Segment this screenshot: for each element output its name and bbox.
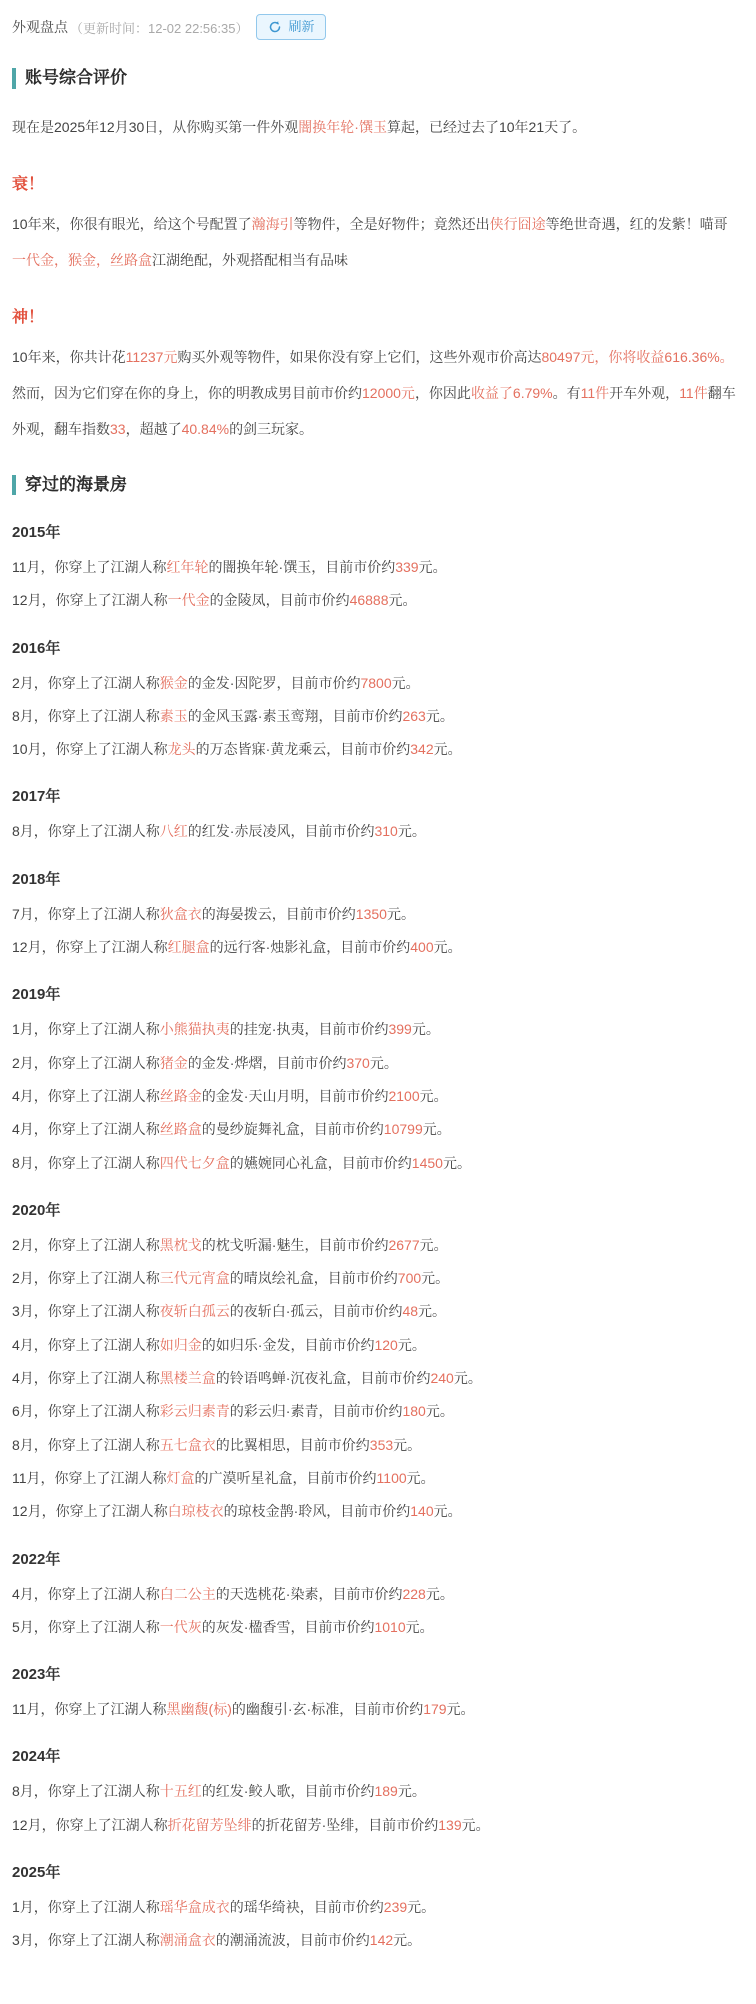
emphasis-text: 潮涌盒衣 bbox=[160, 1932, 216, 1948]
wear-record: 2月，你穿上了江湖人称猪金的金发·烨熠，目前市价约370元。 bbox=[12, 1053, 740, 1073]
emphasis-text: 五七盒衣 bbox=[160, 1437, 216, 1453]
year-group: 2018年7月，你穿上了江湖人称狄盒衣的海晏拨云，目前市价约1350元。12月，… bbox=[12, 868, 740, 958]
emphasis-text: 四代七夕盒 bbox=[160, 1155, 230, 1171]
wear-record: 4月，你穿上了江湖人称黑楼兰盒的铃语鸣蝉·沉夜礼盒，目前市价约240元。 bbox=[12, 1368, 740, 1388]
emphasis-text: 一代金，猴金，丝路盒 bbox=[12, 252, 152, 268]
plain-text: 现在是2025年12月30日，从你购买第一件外观 bbox=[12, 119, 298, 135]
plain-text: 江湖绝配，外观搭配相当有品味 bbox=[152, 252, 348, 268]
plain-text: 10月，你穿上了江湖人称 bbox=[12, 741, 168, 757]
emphasis-text: 折花留芳坠绯 bbox=[168, 1817, 252, 1833]
decline-paragraph: 10年来，你很有眼光，给这个号配置了瀚海引等物件，全是好物件；竟然还出侠行囧途等… bbox=[12, 206, 740, 278]
plain-text: 元。 bbox=[426, 1403, 454, 1419]
wear-record: 12月，你穿上了江湖人称白琼枝衣的琼枝金鹊·聆风，目前市价约140元。 bbox=[12, 1501, 740, 1521]
plain-text: 的红发·赤辰凌风，目前市价约 bbox=[188, 823, 375, 839]
emphasis-text: 2100 bbox=[388, 1088, 419, 1104]
plain-text: 11月，你穿上了江湖人称 bbox=[12, 559, 167, 575]
plain-text: 元。 bbox=[421, 1270, 449, 1286]
plain-text: 的幽馥引·玄·标准，目前市价约 bbox=[232, 1701, 423, 1717]
emphasis-text: 八红 bbox=[160, 823, 188, 839]
plain-text: 的折花留芳·坠绯，目前市价约 bbox=[252, 1817, 439, 1833]
emphasis-text: 140 bbox=[410, 1503, 433, 1519]
plain-text: 的铃语鸣蝉·沉夜礼盒，目前市价约 bbox=[216, 1370, 431, 1386]
emphasis-text: 黑幽馥(标) bbox=[167, 1701, 232, 1717]
emphasis-text: 700 bbox=[398, 1270, 421, 1286]
emphasis-text: 灯盒 bbox=[167, 1470, 195, 1486]
plain-text: 。有 bbox=[553, 385, 581, 401]
wear-record: 3月，你穿上了江湖人称潮涌盒衣的潮涌流波，目前市价约142元。 bbox=[12, 1930, 740, 1950]
emphasis-text: 80497元，你将收益616.36%。 bbox=[541, 349, 733, 365]
plain-text: 算起，已经过去了10年21天了。 bbox=[387, 119, 586, 135]
plain-text: 8月，你穿上了江湖人称 bbox=[12, 1783, 160, 1799]
plain-text: 10年来，你共计花 bbox=[12, 349, 126, 365]
emphasis-text: 1100 bbox=[377, 1470, 407, 1486]
wear-record: 12月，你穿上了江湖人称折花留芳坠绯的折花留芳·坠绯，目前市价约139元。 bbox=[12, 1815, 740, 1835]
plain-text: 的挂宠·执夷，目前市价约 bbox=[230, 1021, 389, 1037]
plain-text: 5月，你穿上了江湖人称 bbox=[12, 1619, 160, 1635]
wear-record: 12月，你穿上了江湖人称一代金的金陵凤，目前市价约46888元。 bbox=[12, 590, 740, 610]
wear-record: 11月，你穿上了江湖人称灯盒的广漠听星礼盒，目前市价约1100元。 bbox=[12, 1468, 740, 1488]
plain-text: 的金风玉露·素玉鸾翔，目前市价约 bbox=[188, 708, 403, 724]
year-group: 2019年1月，你穿上了江湖人称小熊猫执夷的挂宠·执夷，目前市价约399元。2月… bbox=[12, 983, 740, 1172]
wear-record: 10月，你穿上了江湖人称龙头的万态皆寐·黄龙乘云，目前市价约342元。 bbox=[12, 739, 740, 759]
plain-text: 3月，你穿上了江湖人称 bbox=[12, 1303, 160, 1319]
emphasis-text: 黑枕戈 bbox=[160, 1237, 202, 1253]
plain-text: 元。 bbox=[423, 1121, 451, 1137]
wear-record: 7月，你穿上了江湖人称狄盒衣的海晏拨云，目前市价约1350元。 bbox=[12, 904, 740, 924]
plain-text: 2月，你穿上了江湖人称 bbox=[12, 1270, 160, 1286]
emphasis-text: 179 bbox=[423, 1701, 446, 1717]
emphasis-text: 310 bbox=[374, 823, 397, 839]
plain-text: 的比翼相思，目前市价约 bbox=[216, 1437, 370, 1453]
emphasis-text: 丝路盒 bbox=[160, 1121, 202, 1137]
year-heading: 2016年 bbox=[12, 637, 740, 658]
plain-text: 元。 bbox=[398, 1337, 426, 1353]
plain-text: 元。 bbox=[420, 1237, 448, 1253]
plain-text: 元。 bbox=[447, 1701, 475, 1717]
plain-text: 元。 bbox=[412, 1021, 440, 1037]
emphasis-text: 263 bbox=[402, 708, 425, 724]
plain-text: 的嬿婉同心礼盒，目前市价约 bbox=[230, 1155, 412, 1171]
plain-text: 购买外观等物件，如果你没有穿上它们，这些外观市价高达 bbox=[177, 349, 541, 365]
update-time: （更新时间：12-02 22:56:35） bbox=[70, 18, 248, 37]
refresh-button[interactable]: 刷新 bbox=[256, 14, 326, 40]
emphasis-text: 一代灰 bbox=[160, 1619, 202, 1635]
plain-text: 3月，你穿上了江湖人称 bbox=[12, 1932, 160, 1948]
wear-record: 2月，你穿上了江湖人称三代元宵盒的晴岚绘礼盒，目前市价约700元。 bbox=[12, 1268, 740, 1288]
plain-text: 的金陵凤，目前市价约 bbox=[210, 592, 350, 608]
plain-text: 元。 bbox=[398, 1783, 426, 1799]
wear-record: 1月，你穿上了江湖人称瑶华盒成衣的瑶华绮袂，目前市价约239元。 bbox=[12, 1897, 740, 1917]
year-group: 2017年8月，你穿上了江湖人称八红的红发·赤辰凌风，目前市价约310元。 bbox=[12, 785, 740, 841]
emphasis-text: 46888 bbox=[350, 592, 389, 608]
wear-record: 2月，你穿上了江湖人称猴金的金发·因陀罗，目前市价约7800元。 bbox=[12, 673, 740, 693]
wear-record: 5月，你穿上了江湖人称一代灰的灰发·楹香雪，目前市价约1010元。 bbox=[12, 1617, 740, 1637]
plain-text: 8月，你穿上了江湖人称 bbox=[12, 1437, 160, 1453]
plain-text: 元。 bbox=[387, 906, 415, 922]
wear-record: 3月，你穿上了江湖人称夜斩白孤云的夜斩白·孤云，目前市价约48元。 bbox=[12, 1301, 740, 1321]
emphasis-text: 1350 bbox=[356, 906, 387, 922]
emphasis-text: 闇换年轮·馔玉 bbox=[298, 119, 387, 135]
wear-record: 11月，你穿上了江湖人称黑幽馥(标)的幽馥引·玄·标准，目前市价约179元。 bbox=[12, 1699, 740, 1719]
wear-record: 1月，你穿上了江湖人称小熊猫执夷的挂宠·执夷，目前市价约399元。 bbox=[12, 1019, 740, 1039]
emphasis-text: 239 bbox=[384, 1899, 407, 1915]
emphasis-text: 11件 bbox=[581, 385, 610, 401]
wear-record: 11月，你穿上了江湖人称红年轮的闇换年轮·馔玉，目前市价约339元。 bbox=[12, 557, 740, 577]
page-title: 外观盘点 bbox=[12, 17, 68, 37]
plain-text: 的闇换年轮·馔玉，目前市价约 bbox=[209, 559, 396, 575]
wear-record: 4月，你穿上了江湖人称丝路盒的曼纱旋舞礼盒，目前市价约10799元。 bbox=[12, 1119, 740, 1139]
emphasis-text: 11件 bbox=[679, 385, 708, 401]
year-heading: 2025年 bbox=[12, 1861, 740, 1882]
year-group: 2024年8月，你穿上了江湖人称十五红的红发·鲛人歌，目前市价约189元。12月… bbox=[12, 1745, 740, 1835]
year-heading: 2022年 bbox=[12, 1548, 740, 1569]
plain-text: 的如归乐·金发，目前市价约 bbox=[202, 1337, 375, 1353]
year-heading: 2015年 bbox=[12, 521, 740, 542]
plain-text: 12月，你穿上了江湖人称 bbox=[12, 1503, 168, 1519]
plain-text: 元。 bbox=[420, 1088, 448, 1104]
emphasis-text: 丝路金 bbox=[160, 1088, 202, 1104]
refresh-button-label: 刷新 bbox=[288, 18, 314, 36]
emphasis-text: 353 bbox=[370, 1437, 393, 1453]
plain-text: 的灰发·楹香雪，目前市价约 bbox=[202, 1619, 375, 1635]
plain-text: 的广漠听星礼盒，目前市价约 bbox=[195, 1470, 377, 1486]
year-heading: 2019年 bbox=[12, 983, 740, 1004]
emphasis-text: 370 bbox=[346, 1055, 369, 1071]
emphasis-text: 120 bbox=[374, 1337, 397, 1353]
plain-text: 元。 bbox=[434, 939, 462, 955]
plain-text: 的枕戈听漏·魅生，目前市价约 bbox=[202, 1237, 389, 1253]
appearance-report-page: 外观盘点 （更新时间：12-02 22:56:35） 刷新 账号综合评价 现在是… bbox=[0, 0, 756, 2004]
emphasis-text: 猪金 bbox=[160, 1055, 188, 1071]
plain-text: 的金发·烨熠，目前市价约 bbox=[188, 1055, 347, 1071]
plain-text: 然而，因为它们穿在你的身上，你的明教成男目前市价约 bbox=[12, 385, 362, 401]
decline-heading: 衰！ bbox=[12, 171, 740, 194]
emphasis-text: 白琼枝衣 bbox=[168, 1503, 224, 1519]
plain-text: 10年来，你很有眼光，给这个号配置了 bbox=[12, 216, 252, 232]
emphasis-text: 1010 bbox=[374, 1619, 405, 1635]
emphasis-text: 猴金 bbox=[160, 675, 188, 691]
emphasis-text: 11237元 bbox=[126, 349, 178, 365]
plain-text: 的金发·天山月明，目前市价约 bbox=[202, 1088, 389, 1104]
plain-text: 元。 bbox=[434, 741, 462, 757]
emphasis-text: 240 bbox=[430, 1370, 453, 1386]
plain-text: 的曼纱旋舞礼盒，目前市价约 bbox=[202, 1121, 384, 1137]
wear-record: 4月，你穿上了江湖人称如归金的如归乐·金发，目前市价约120元。 bbox=[12, 1335, 740, 1355]
plain-text: ，你因此 bbox=[415, 385, 471, 401]
year-group: 2025年1月，你穿上了江湖人称瑶华盒成衣的瑶华绮袂，目前市价约239元。3月，… bbox=[12, 1861, 740, 1951]
page-header: 外观盘点 （更新时间：12-02 22:56:35） 刷新 bbox=[12, 14, 740, 40]
wear-record: 2月，你穿上了江湖人称黑枕戈的枕戈听漏·魅生，目前市价约2677元。 bbox=[12, 1235, 740, 1255]
plain-text: 1月，你穿上了江湖人称 bbox=[12, 1021, 160, 1037]
plain-text: 元。 bbox=[418, 1303, 446, 1319]
year-heading: 2017年 bbox=[12, 785, 740, 806]
plain-text: 元。 bbox=[454, 1370, 482, 1386]
wear-record: 4月，你穿上了江湖人称丝路金的金发·天山月明，目前市价约2100元。 bbox=[12, 1086, 740, 1106]
plain-text: 的红发·鲛人歌，目前市价约 bbox=[202, 1783, 375, 1799]
section-header-wear-history: 穿过的海景房 bbox=[12, 475, 740, 495]
plain-text: 11月，你穿上了江湖人称 bbox=[12, 1470, 167, 1486]
intro-paragraph: 现在是2025年12月30日，从你购买第一件外观闇换年轮·馔玉算起，已经过去了1… bbox=[12, 109, 740, 145]
wear-record: 8月，你穿上了江湖人称四代七夕盒的嬿婉同心礼盒，目前市价约1450元。 bbox=[12, 1153, 740, 1173]
god-heading: 神！ bbox=[12, 304, 740, 327]
emphasis-text: 40.84% bbox=[182, 421, 229, 437]
emphasis-text: 2677 bbox=[388, 1237, 419, 1253]
plain-text: 的夜斩白·孤云，目前市价约 bbox=[230, 1303, 403, 1319]
year-heading: 2020年 bbox=[12, 1199, 740, 1220]
plain-text: 的琼枝金鹊·聆风，目前市价约 bbox=[224, 1503, 411, 1519]
god-paragraph: 10年来，你共计花11237元购买外观等物件，如果你没有穿上它们，这些外观市价高… bbox=[12, 339, 740, 447]
plain-text: 元。 bbox=[434, 1503, 462, 1519]
emphasis-text: 189 bbox=[374, 1783, 397, 1799]
emphasis-text: 如归金 bbox=[160, 1337, 202, 1353]
emphasis-text: 红腿盒 bbox=[168, 939, 210, 955]
emphasis-text: 瀚海引 bbox=[252, 216, 294, 232]
wear-record: 8月，你穿上了江湖人称素玉的金风玉露·素玉鸾翔，目前市价约263元。 bbox=[12, 706, 740, 726]
plain-text: 12月，你穿上了江湖人称 bbox=[12, 1817, 168, 1833]
emphasis-text: 十五红 bbox=[160, 1783, 202, 1799]
plain-text: 等物件，全是好物件；竟然还出 bbox=[294, 216, 490, 232]
plain-text: 的万态皆寐·黄龙乘云，目前市价约 bbox=[196, 741, 411, 757]
plain-text: 的剑三玩家。 bbox=[229, 421, 313, 437]
emphasis-text: 黑楼兰盒 bbox=[160, 1370, 216, 1386]
emphasis-text: 瑶华盒成衣 bbox=[160, 1899, 230, 1915]
plain-text: 12月，你穿上了江湖人称 bbox=[12, 592, 168, 608]
plain-text: 的晴岚绘礼盒，目前市价约 bbox=[230, 1270, 398, 1286]
emphasis-text: 一代金 bbox=[168, 592, 210, 608]
wear-record: 6月，你穿上了江湖人称彩云归素青的彩云归·素青，目前市价约180元。 bbox=[12, 1401, 740, 1421]
plain-text: 元。 bbox=[443, 1155, 471, 1171]
plain-text: 2月，你穿上了江湖人称 bbox=[12, 675, 160, 691]
plain-text: 元。 bbox=[392, 675, 420, 691]
emphasis-text: 139 bbox=[438, 1817, 461, 1833]
year-group: 2022年4月，你穿上了江湖人称白二公主的天选桃花·染素，目前市价约228元。5… bbox=[12, 1548, 740, 1638]
emphasis-text: 7800 bbox=[360, 675, 391, 691]
plain-text: 元。 bbox=[407, 1470, 435, 1486]
emphasis-text: 龙头 bbox=[168, 741, 196, 757]
emphasis-text: 三代元宵盒 bbox=[160, 1270, 230, 1286]
emphasis-text: 12000元 bbox=[362, 385, 415, 401]
plain-text: 的潮涌流波，目前市价约 bbox=[216, 1932, 370, 1948]
emphasis-text: 彩云归素青 bbox=[160, 1403, 230, 1419]
emphasis-text: 48 bbox=[402, 1303, 418, 1319]
plain-text: 的海晏拨云，目前市价约 bbox=[202, 906, 356, 922]
plain-text: 元。 bbox=[426, 1586, 454, 1602]
refresh-icon bbox=[268, 20, 282, 34]
emphasis-text: 342 bbox=[410, 741, 433, 757]
plain-text: 开车外观， bbox=[609, 385, 679, 401]
plain-text: 6月，你穿上了江湖人称 bbox=[12, 1403, 160, 1419]
year-group: 2023年11月，你穿上了江湖人称黑幽馥(标)的幽馥引·玄·标准，目前市价约17… bbox=[12, 1663, 740, 1719]
plain-text: 元。 bbox=[370, 1055, 398, 1071]
plain-text: 4月，你穿上了江湖人称 bbox=[12, 1088, 160, 1104]
plain-text: 元。 bbox=[426, 708, 454, 724]
emphasis-text: 白二公主 bbox=[160, 1586, 216, 1602]
emphasis-text: 399 bbox=[388, 1021, 411, 1037]
year-heading: 2024年 bbox=[12, 1745, 740, 1766]
emphasis-text: 红年轮 bbox=[167, 559, 209, 575]
emphasis-text: 1450 bbox=[412, 1155, 443, 1171]
plain-text: 8月，你穿上了江湖人称 bbox=[12, 708, 160, 724]
plain-text: 元。 bbox=[419, 559, 447, 575]
plain-text: 4月，你穿上了江湖人称 bbox=[12, 1121, 160, 1137]
year-heading: 2018年 bbox=[12, 868, 740, 889]
plain-text: 元。 bbox=[462, 1817, 490, 1833]
plain-text: 元。 bbox=[407, 1899, 435, 1915]
plain-text: ，超越了 bbox=[126, 421, 182, 437]
wear-record: 8月，你穿上了江湖人称十五红的红发·鲛人歌，目前市价约189元。 bbox=[12, 1781, 740, 1801]
plain-text: 的彩云归·素青，目前市价约 bbox=[230, 1403, 403, 1419]
plain-text: 8月，你穿上了江湖人称 bbox=[12, 1155, 160, 1171]
plain-text: 1月，你穿上了江湖人称 bbox=[12, 1899, 160, 1915]
year-group: 2016年2月，你穿上了江湖人称猴金的金发·因陀罗，目前市价约7800元。8月，… bbox=[12, 637, 740, 760]
section-header-account-evaluation: 账号综合评价 bbox=[12, 68, 740, 88]
plain-text: 4月，你穿上了江湖人称 bbox=[12, 1337, 160, 1353]
plain-text: 7月，你穿上了江湖人称 bbox=[12, 906, 160, 922]
plain-text: 的瑶华绮袂，目前市价约 bbox=[230, 1899, 384, 1915]
emphasis-text: 142 bbox=[370, 1932, 393, 1948]
emphasis-text: 228 bbox=[402, 1586, 425, 1602]
wear-record: 8月，你穿上了江湖人称八红的红发·赤辰凌风，目前市价约310元。 bbox=[12, 821, 740, 841]
emphasis-text: 180 bbox=[402, 1403, 425, 1419]
wear-record: 8月，你穿上了江湖人称五七盒衣的比翼相思，目前市价约353元。 bbox=[12, 1435, 740, 1455]
plain-text: 12月，你穿上了江湖人称 bbox=[12, 939, 168, 955]
plain-text: 的天选桃花·染素，目前市价约 bbox=[216, 1586, 403, 1602]
wear-history-list: 2015年11月，你穿上了江湖人称红年轮的闇换年轮·馔玉，目前市价约339元。1… bbox=[12, 521, 740, 1951]
emphasis-text: 素玉 bbox=[160, 708, 188, 724]
emphasis-text: 收益了6.79% bbox=[471, 385, 553, 401]
emphasis-text: 侠行囧途 bbox=[490, 216, 546, 232]
plain-text: 2月，你穿上了江湖人称 bbox=[12, 1055, 160, 1071]
plain-text: 4月，你穿上了江湖人称 bbox=[12, 1586, 160, 1602]
plain-text: 4月，你穿上了江湖人称 bbox=[12, 1370, 160, 1386]
emphasis-text: 400 bbox=[410, 939, 433, 955]
plain-text: 元。 bbox=[398, 823, 426, 839]
emphasis-text: 小熊猫执夷 bbox=[160, 1021, 230, 1037]
plain-text: 8月，你穿上了江湖人称 bbox=[12, 823, 160, 839]
emphasis-text: 33 bbox=[110, 421, 126, 437]
wear-record: 4月，你穿上了江湖人称白二公主的天选桃花·染素，目前市价约228元。 bbox=[12, 1584, 740, 1604]
plain-text: 元。 bbox=[393, 1932, 421, 1948]
plain-text: 的金发·因陀罗，目前市价约 bbox=[188, 675, 361, 691]
wear-record: 12月，你穿上了江湖人称红腿盒的远行客·烛影礼盒，目前市价约400元。 bbox=[12, 937, 740, 957]
plain-text: 11月，你穿上了江湖人称 bbox=[12, 1701, 167, 1717]
plain-text: 元。 bbox=[393, 1437, 421, 1453]
plain-text: 等绝世奇遇，红的发紫！喵哥 bbox=[546, 216, 728, 232]
year-heading: 2023年 bbox=[12, 1663, 740, 1684]
year-group: 2020年2月，你穿上了江湖人称黑枕戈的枕戈听漏·魅生，目前市价约2677元。2… bbox=[12, 1199, 740, 1522]
emphasis-text: 10799 bbox=[384, 1121, 423, 1137]
plain-text: 元。 bbox=[389, 592, 417, 608]
plain-text: 2月，你穿上了江湖人称 bbox=[12, 1237, 160, 1253]
emphasis-text: 狄盒衣 bbox=[160, 906, 202, 922]
emphasis-text: 夜斩白孤云 bbox=[160, 1303, 230, 1319]
plain-text: 元。 bbox=[406, 1619, 434, 1635]
plain-text: 的远行客·烛影礼盒，目前市价约 bbox=[210, 939, 411, 955]
emphasis-text: 339 bbox=[395, 559, 418, 575]
year-group: 2015年11月，你穿上了江湖人称红年轮的闇换年轮·馔玉，目前市价约339元。1… bbox=[12, 521, 740, 611]
